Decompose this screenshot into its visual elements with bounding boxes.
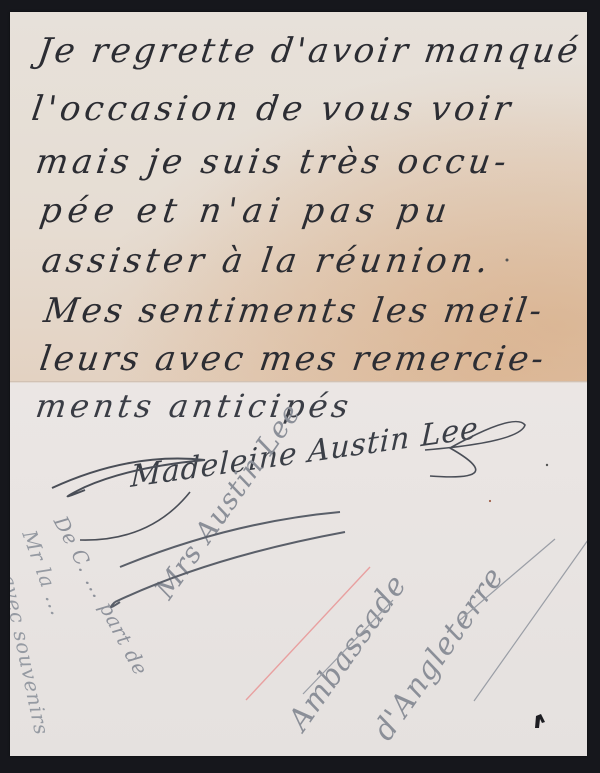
corner-mark-icon	[533, 713, 547, 729]
letter-line-1: Je regrette d'avoir manqué	[36, 34, 583, 68]
scan-background: Je regrette d'avoir manqué l'occasion de…	[0, 0, 600, 773]
letter-line-4: pée et n'ai pas pu	[38, 194, 455, 228]
letter-line-2: l'occasion de vous voir	[30, 92, 517, 126]
letter-paper: Je regrette d'avoir manqué l'occasion de…	[10, 12, 587, 756]
letter-line-5: assister à la réunion.	[40, 244, 494, 278]
letter-line-3: mais je suis très occu-	[34, 145, 513, 179]
letter-line-6: Mes sentiments les meil-	[42, 294, 547, 328]
letter-line-7: leurs avec mes remercie-	[38, 342, 549, 376]
